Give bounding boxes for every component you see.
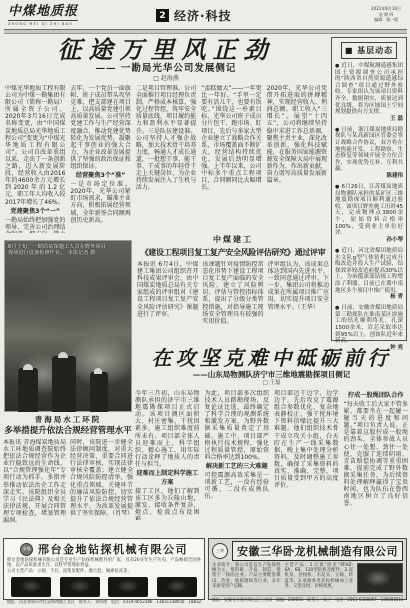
brief-signature: 孙小琴	[335, 237, 403, 244]
date-line1: 2021年6月10日	[371, 6, 401, 12]
header-divider	[4, 29, 407, 34]
bullet-icon: ●	[335, 63, 339, 69]
lower-subhead-1: 迎难而上制定科学施工方案	[135, 469, 200, 487]
lower-col1-text: 今年三月初，山东局物测队承担的济宁市三维地震勘探项目正式启动。该项目测区面积大、…	[135, 390, 200, 468]
brief-signature: 陈建伟	[335, 173, 403, 180]
dateline: 2021年6月10日 星 期 四 编辑：第一版	[371, 6, 401, 23]
ad-left-product-photos	[7, 577, 201, 597]
brief-signature: 王 磊	[335, 116, 403, 123]
bullet-icon: ●	[335, 127, 339, 133]
ad-sanhua-wolong: 三华 安徽三华卧龙机械制造有限公司 企业简介：我公司是以生产钻探机械为主，集科研…	[208, 538, 407, 600]
ad-right-intro: 企业简介：我公司是以生产钻探机械为主，集科研、开发、制造、销售于一体的企业，产品…	[212, 563, 281, 593]
bullet-icon: ●	[335, 248, 339, 254]
section-header: 2 经济·科技	[156, 7, 232, 24]
main-subhead-2: 经营聚焦3个“准”	[70, 171, 130, 180]
main-subtitle: —— 一勘局光华公司发展侧记	[5, 63, 327, 75]
main-col2-text: 去年，一个党员一面旗帜，班子成员带头攻坚克难，把支部建在项目上，以高质量党建引领…	[70, 85, 130, 170]
brief-item-2: ● 日前，浙江煤炭地质局勘探队与某高新园区管委会签订战略合作协议，双方将在地热能…	[335, 127, 403, 180]
main-col1-text2: 一勘局始终把加强党的领导、完善公司治理结合起来，把方向、管大局、促落实。	[5, 217, 65, 233]
sidebar-header: ■ 基层动态	[341, 42, 397, 59]
main-column-1: 中煤光华地质工程有限公司为中煤一勘集团有限公司（简称一勘局）所属全资子公司。20…	[5, 85, 65, 233]
ad-right-body: 企业简介：我公司是以生产钻探机械为主，集科研、开发、制造、销售于一体的企业，产品…	[212, 563, 403, 593]
main-article-columns: 中煤光华地质工程有限公司为中煤一勘集团有限公司（简称一勘局）所属全资子公司。20…	[5, 85, 327, 233]
helmet-shape	[23, 364, 33, 370]
lower-subhead-2: 解决新工艺的三大难题	[205, 462, 270, 471]
sanhua-logo-icon: 三华	[212, 543, 228, 559]
brief-text: 6月26日，江苏煤炭地质局物测队承担的某矿区三维地震勘探项目顺利通过验收。该项目…	[335, 184, 403, 236]
ad-right-company-name: 安徽三华卧龙机械制造有限公司	[232, 541, 403, 561]
lower-subtitle: ——山东局物测队济宁市三维地震勘探项目侧记	[135, 370, 408, 380]
ad-right-contact-line: 地址：安徽省合肥市蜀山区工业园 邮编：230031 联系人：陈兴 电话：0551…	[212, 595, 403, 603]
article-bottom-left: 青海局水工环院 多举措提升依法合规经营管理水平 本报讯 青海煤炭地质局水工环地质…	[3, 414, 133, 537]
news-photo: 6月上旬，一勘局钻探施工人员在野外项目现场进行设备检修作业。 本报记者 摄	[4, 240, 132, 412]
product-photo	[108, 577, 148, 597]
brief-signature: 杨 青	[335, 294, 403, 301]
lower-column-4: 拧成一股绳团队合作 “每天收工后大家不管多累，都要坐在一起碰一碰当天的进度和问题…	[344, 390, 409, 520]
photo-caption: 6月上旬，一勘局钻探施工人员在野外项目现场进行设备检修作业。 本报记者 摄	[8, 244, 106, 257]
page-number-badge: 2	[156, 9, 169, 22]
mid-headline: 《建设工程项目复工复产安全风险评估研究》通过评审	[137, 246, 329, 258]
lower-col4-text: “每天收工后大家不管多累，都要坐在一起碰一碰当天的进度和问题。”项目负责人说。正…	[344, 401, 409, 507]
ad-right-products: 主营产品：1.江淮“卧龙”牌HZ-6A、6B、130型钻机及配件；2.泥浆泵、卷…	[285, 563, 354, 593]
helmet-shape	[94, 368, 102, 374]
left-kicker: 青海局水工环院	[3, 414, 133, 425]
ad-left-description-2: 公司主营产品：立轴、卡瓦、泥浆泵配件、磨合套、绳索钻具等。	[7, 569, 201, 574]
ad-left-description-1: 邢台金地钻探机械有限公司是专业生产钻探机械配件的厂家，具有20多年生产历史，产品…	[7, 558, 201, 568]
lower-col2-text: 为此，项目部多次组织技术人员踏勘现场，反复论证比选，最终确定了科学合理的观测系统…	[205, 390, 270, 461]
masthead: 中煤地质报 ZHONG MEI DI ZHI BAO	[8, 5, 78, 26]
worker-figure	[52, 356, 76, 412]
lower-column-3: 项目部边干边学、边学边干，先后攻克了震源组合参数优化、复杂地表静校正、强干扰环境…	[274, 390, 339, 520]
ad-right-header: 三华 安徽三华卧龙机械制造有限公司	[212, 541, 403, 561]
lower-headline: 在攻坚克难中砥砺前行	[135, 346, 408, 370]
ad-left-contact-line: 地址：河北省邢台市任县邢湾镇工业区 联系人：刘经理 电话：0319-465238…	[7, 599, 201, 605]
ad-jindi-drilling: 金地 邢台金地钻探机械有限公司 邢台金地钻探机械有限公司是专业生产钻探机械配件的…	[3, 538, 205, 600]
lower-byline: □ 王磊	[135, 380, 408, 387]
date-line3: 编辑：第一版	[371, 17, 401, 23]
brief-text: 近日，河北省煤田地质局水文队g型气体钻机完成升级改造并投入生产试验，钻探效率较改…	[335, 248, 403, 294]
brief-text: 日前，安徽省煤田地质局第三勘探队在淮南某区块施工的钻孔顺利终孔，孔深1500余米…	[335, 305, 403, 344]
lower-column-2: 为此，项目部多次组织技术人员踏勘现场，反复论证比选，最终确定了科学合理的观测系统…	[205, 390, 270, 520]
main-byline: □ 赵海燕	[5, 75, 327, 83]
product-photo	[60, 577, 100, 597]
product-photo	[11, 577, 51, 597]
main-col2-text2: 一是市场定位准。2020年，光华公司紧盯市场需求，瞄准主业方向，积极拓展经营领域…	[70, 181, 130, 223]
machine-photo	[357, 563, 403, 593]
left-article-columns: 本报讯 青海煤炭地质局水工环地质调查院始终把依法合规经营作为企业行稳致远的生命线…	[3, 439, 133, 537]
mid-kicker: 中煤建工	[137, 234, 329, 245]
mid-column-1: 本报讯 6月4日，中煤建工集团公司组织召开科技成果评审会，由中国煤炭地质总局有关…	[137, 261, 198, 343]
mid-column-2: 该课题针对疫情防控常态化形势下建设工程项目复工复产面临的安全风险，建立了风险辨识…	[202, 261, 263, 343]
bullet-icon: ●	[335, 305, 339, 311]
jindi-logo-icon: 金地	[20, 543, 33, 556]
lower-col2-text2: 可控震源高效采集是一项新工艺，一没有经验可循，二没有成熟队伍。	[205, 472, 270, 500]
left-headline: 多举措提升依法合规经营管理水平	[3, 425, 133, 437]
section-title: 经济·科技	[174, 7, 232, 24]
masthead-pinyin: ZHONG MEI DI ZHI BAO	[8, 20, 78, 26]
ad-left-company-name: 邢台金地钻探机械有限公司	[38, 541, 188, 557]
main-column-2: 去年，一个党员一面旗帜，班子成员带头攻坚克难，把支部建在项目上，以高质量党建引领…	[70, 85, 130, 233]
lower-subhead-3: 拧成一股绳团队合作	[344, 391, 409, 400]
article-main: 征途万里风正劲 —— 一勘局光华公司发展侧记 □ 赵海燕 中煤光华地质工程有限公…	[5, 36, 327, 233]
lower-col1-text2: 接了工区，他们了解到该工区多为丘陵山地，激发、接收条件复杂，炮点、检波点布设困难…	[135, 488, 200, 520]
main-subhead-1: 党建聚焦3个“一”	[5, 207, 65, 216]
worker-figure	[18, 368, 38, 412]
ad-left-header: 金地 邢台金地钻探机械有限公司	[7, 541, 201, 557]
sidebar-briefs: ■ 基层动态 ● 近日，中煤航测遥感集团国土资源调查公司承担的“陕西省自然资源遥…	[331, 37, 407, 341]
brief-item-1: ● 近日，中煤航测遥感集团国土资源调查公司承担的“陕西省自然资源遥感综合调查”项…	[335, 63, 403, 122]
mid-column-3: 评审组认为，该成果总体达到国内先进水平，一致同意通过评审。下一步，集团公司将推动…	[268, 261, 329, 343]
lower-column-1: 今年三月初，山东局物测队承担的济宁市三维地震勘探项目正式启动。该项目测区面积大、…	[135, 390, 200, 520]
worker-figure	[90, 372, 108, 412]
lower-article-columns: 今年三月初，山东局物测队承担的济宁市三维地震勘探项目正式启动。该项目测区面积大、…	[135, 390, 408, 520]
main-col1-text: 中煤光华地质工程有限公司为中煤一勘集团有限公司（简称一勘局）所属全资子公司。20…	[5, 85, 65, 206]
page-header: 中煤地质报 ZHONG MEI DI ZHI BAO 2 经济·科技 2021年…	[6, 3, 405, 29]
brief-item-5: ● 日前，安徽省煤田地质局第三勘探队在淮南某区块施工的钻孔顺利终孔，孔深1500…	[335, 305, 403, 351]
main-headline: 征途万里风正劲	[5, 36, 327, 63]
bullet-icon: ●	[335, 184, 340, 190]
brief-text: 日前，浙江煤炭地质局勘探队与某高新园区管委会签订战略合作协议，双方将在地热能开发…	[335, 127, 403, 173]
product-photo	[157, 577, 197, 597]
left-column-1: 本报讯 青海煤炭地质局水工环地质调查院始终把依法合规经营作为企业行稳致远的生命线…	[3, 439, 66, 537]
article-mid: 中煤建工 《建设工程项目复工复产安全风险评估研究》通过评审 本报讯 6月4日，中…	[137, 234, 329, 344]
helmet-shape	[58, 352, 68, 358]
main-column-4: “蛋糕做大”——一年更比一年好。“手里一定要有活儿干，也要有饭吃。”围绕这一朴素…	[201, 85, 261, 233]
main-column-3: 二是项目管理准。公司全面推行项目经理负责制，严格成本核算，强化过程管控，筑牢安全…	[136, 85, 196, 233]
left-column-2: 同时，该院进一步健全法律顾问制度，对重大经营决策、重要合同进行法律审核，实现法律…	[70, 439, 133, 537]
brief-text: 近日，中煤航测遥感集团国土资源调查公司承担的“陕西省自然资源遥感综合调查”项目通…	[335, 63, 403, 115]
article-lower: 在攻坚克难中砥砺前行 ——山东局物测队济宁市三维地震勘探项目侧记 □ 王磊 今年…	[135, 346, 408, 520]
brief-item-3: ● 6月26日，江苏煤炭地质局物测队承担的某矿区三维地震勘探项目顺利通过验收。该…	[335, 184, 403, 243]
masthead-title: 中煤地质报	[8, 5, 78, 19]
mid-article-columns: 本报讯 6月4日，中煤建工集团公司组织召开科技成果评审会，由中国煤炭地质总局有关…	[137, 261, 329, 343]
brief-item-4: ● 近日，河北省煤田地质局水文队g型气体钻机完成升级改造并投入生产试验，钻探效率…	[335, 248, 403, 301]
main-column-5: 2020年，光华公司凭借开拓进取的拼搏精神，实现经营收入、利润总额、职工收入“三…	[267, 85, 327, 233]
